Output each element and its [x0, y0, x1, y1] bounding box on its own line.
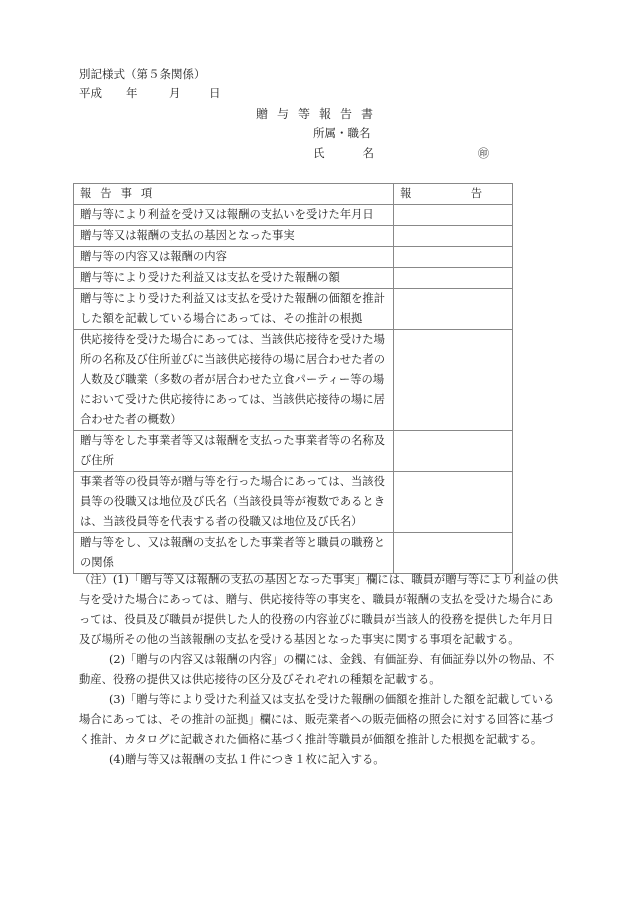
report-value-cell[interactable]: [394, 226, 513, 247]
report-value-cell[interactable]: [394, 431, 513, 472]
affiliation-label: 所属・職名: [313, 125, 371, 141]
table-row: 供応接待を受けた場合にあっては、当該供応接待を受けた場所の名称及び住所並びに当該…: [74, 330, 513, 431]
notes-section: （注）(1)「贈与等又は報酬の支払の基因となった事実」欄には、職員が贈与等により…: [79, 570, 559, 770]
note-1: （注）(1)「贈与等又は報酬の支払の基因となった事実」欄には、職員が贈与等により…: [79, 570, 559, 650]
report-value-cell[interactable]: [394, 205, 513, 226]
name-label-2: 名: [363, 146, 375, 160]
date-year: 年: [126, 85, 169, 101]
table-row: 贈与等をし、又は報酬の支払をした事業者等と職員の職務との関係: [74, 533, 513, 574]
date-month: 月: [169, 85, 209, 101]
table-row: 贈与等をした事業者等又は報酬を支払った事業者等の名称及び住所: [74, 431, 513, 472]
report-value-cell[interactable]: [394, 268, 513, 289]
report-value-cell[interactable]: [394, 533, 513, 574]
date-line: 平成年月日: [79, 85, 221, 101]
table-row: 贈与等により利益を受け又は報酬の支払いを受けた年月日: [74, 205, 513, 226]
header-item: 報告事項: [74, 184, 394, 205]
table-row: 贈与等により受けた利益又は支払を受けた報酬の価額を推計した額を記載している場合に…: [74, 289, 513, 330]
form-label: 別記様式（第５条関係）: [79, 66, 206, 82]
report-value-cell[interactable]: [394, 247, 513, 268]
report-table: 報告事項 報告 贈与等により利益を受け又は報酬の支払いを受けた年月日 贈与等又は…: [73, 183, 513, 574]
table-row: 贈与等により受けた利益又は支払を受けた報酬の額: [74, 268, 513, 289]
report-value-cell[interactable]: [394, 330, 513, 431]
document-title: 贈与等報告書: [256, 105, 382, 122]
name-label-1: 氏: [313, 146, 325, 160]
note-2: (2)「贈与の内容又は報酬の内容」の欄には、金銭、有価証券、有価証券以外の物品、…: [79, 650, 559, 690]
table-row: 贈与等又は報酬の支払の基因となった事実: [74, 226, 513, 247]
date-day: 日: [209, 85, 221, 101]
report-value-cell[interactable]: [394, 289, 513, 330]
seal-icon: ㊞: [478, 145, 489, 161]
table-header-row: 報告事項 報告: [74, 184, 513, 205]
table-row: 贈与等の内容又は報酬の内容: [74, 247, 513, 268]
header-report: 報告: [394, 184, 513, 205]
note-4: (4)贈与等又は報酬の支払１件につき１枚に記入する。: [79, 750, 559, 770]
note-3: (3)「贈与等により受けた利益又は支払を受けた報酬の価額を推計した額を記載してい…: [79, 690, 559, 750]
table-row: 事業者等の役員等が贈与等を行った場合にあっては、当該役員等の役職又は地位及び氏名…: [74, 472, 513, 533]
report-value-cell[interactable]: [394, 472, 513, 533]
name-label: 氏名: [313, 145, 374, 161]
date-era: 平成: [79, 85, 126, 101]
